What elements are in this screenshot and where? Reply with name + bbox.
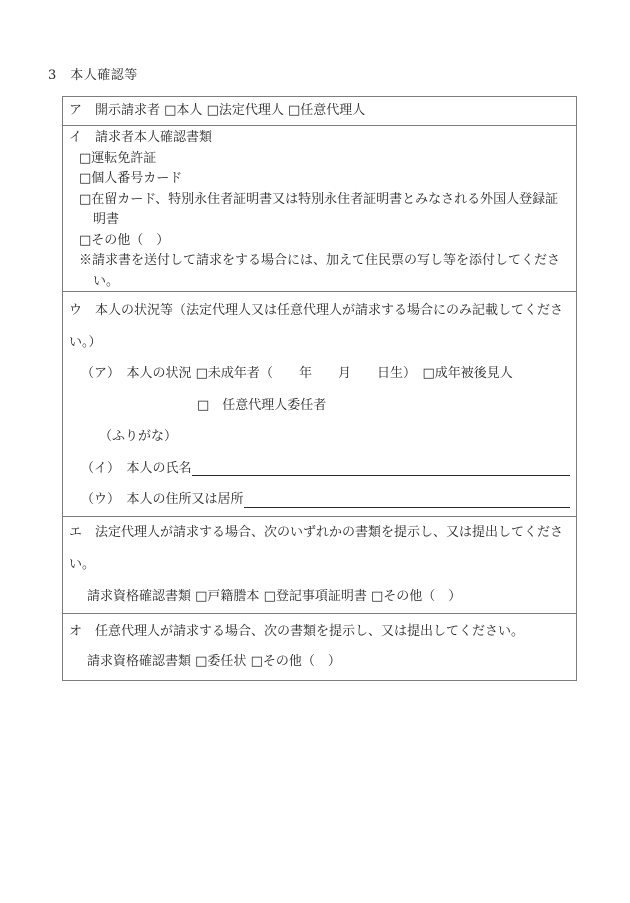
section-heading: 3 本人確認等 — [48, 64, 138, 83]
text-line: ※請求書を送付して請求をする場合には、加えて住民票の写し等を添付してくださ — [69, 251, 570, 272]
text-line: □運転免許証 — [69, 149, 570, 170]
checkbox-zairyu-card[interactable]: □在留カード、特別永住者証明書又は特別永住者証明書とみなされる外国人登録証 — [79, 190, 558, 211]
text-line: い。 — [69, 549, 570, 581]
text-line: い。） — [69, 327, 570, 359]
text-line: エ 法定代理人が請求する場合、次のいずれかの書類を提示し、又は提出してくださ — [69, 517, 570, 549]
text-line: （ア） 本人の状況 □未成年者（ 年 月 日生） □成年被後見人 — [69, 358, 570, 390]
checkbox-sonota-i[interactable]: □その他（ ） — [79, 231, 169, 252]
text-segment: エ 法定代理人が請求する場合、次のいずれかの書類を提示し、又は提出してくださ — [69, 517, 563, 549]
text-line: い。 — [69, 272, 570, 293]
seikyu-shikaku-kakunin-label: 請求資格確認書類 — [87, 581, 195, 613]
text-line: 請求資格確認書類 □戸籍謄本 □登記事項証明書 □その他（ ） — [69, 581, 570, 613]
checkbox-sonota-o[interactable]: □その他（ ） — [251, 647, 341, 677]
text-line: □その他（ ） — [69, 231, 570, 252]
note-sofu-seikyu-continuation: い。 — [93, 272, 119, 293]
checkbox-ininjo[interactable]: □委任状 — [195, 647, 246, 677]
text-segment: ア 開示請求者 — [69, 97, 164, 124]
honnin-shimei-label: （イ） 本人の氏名 — [81, 453, 192, 485]
note-sofu-seikyu: ※請求書を送付して請求をする場合には、加えて住民票の写し等を添付してくださ — [79, 251, 560, 272]
text-line: 明書 — [69, 210, 570, 231]
seikyu-shikaku-kakunin-label-2: 請求資格確認書類 — [87, 647, 195, 677]
text-line: 請求資格確認書類 □委任状 □その他（ ） — [69, 647, 570, 677]
checkbox-honnin[interactable]: □本人 — [164, 97, 202, 124]
honnin-shimei-field[interactable] — [192, 475, 570, 476]
checkbox-nini-dairinin-ininsha[interactable]: □ 任意代理人委任者 — [197, 390, 326, 422]
text-segment: い。 — [69, 549, 95, 581]
text-line: イ 請求者本人確認書類 — [69, 128, 570, 149]
miseinensha-birthdate-blanks: （ 年 月 日生） — [260, 358, 423, 390]
text-line: ウ 本人の状況等（法定代理人又は任意代理人が請求する場合にのみ記載してくださ — [69, 295, 570, 327]
text-line: □在留カード、特別永住者証明書又は特別永住者証明書とみなされる外国人登録証 — [69, 190, 570, 211]
checkbox-unten-menkyosho[interactable]: □運転免許証 — [79, 149, 156, 170]
text-line: □個人番号カード — [69, 169, 570, 190]
text-segment: イ 請求者本人確認書類 — [69, 128, 212, 149]
checkbox-zairyu-card-continuation: 明書 — [93, 210, 119, 231]
checkbox-nini-dairinin[interactable]: □任意代理人 — [288, 97, 365, 124]
furigana-label: （ふりがな） — [99, 421, 177, 453]
checkbox-toki-jiko-shomeisho[interactable]: □登記事項証明書 — [264, 581, 367, 613]
checkbox-sonota-e[interactable]: □その他（ ） — [371, 581, 461, 613]
checkbox-koseki-tohon[interactable]: □戸籍謄本 — [195, 581, 259, 613]
text-line: （ふりがな） — [69, 421, 570, 453]
checkbox-kojin-bango-card[interactable]: □個人番号カード — [79, 169, 182, 190]
text-segment: い。） — [69, 327, 102, 359]
section-i-honnin-kakunin-shorui: イ 請求者本人確認書類□運転免許証□個人番号カード□在留カード、特別永住者証明書… — [63, 126, 576, 292]
text-segment: （ア） 本人の状況 — [81, 358, 196, 390]
honnin-jusho-field[interactable] — [244, 507, 570, 508]
text-segment: オ 任意代理人が請求する場合、次の書類を提示し、又は提出してください。 — [69, 617, 524, 647]
section-e-hotei-dairinin-shorui: エ 法定代理人が請求する場合、次のいずれかの書類を提示し、又は提出してください。… — [63, 517, 576, 614]
section-o-nini-dairinin-shorui: オ 任意代理人が請求する場合、次の書類を提示し、又は提出してください。請求資格確… — [63, 614, 576, 680]
identity-verification-table: ア 開示請求者 □本人 □法定代理人 □任意代理人イ 請求者本人確認書類□運転免… — [62, 96, 577, 681]
text-line: （ウ） 本人の住所又は居所 — [69, 484, 570, 516]
checkbox-seinen-hikokennin[interactable]: □成年被後見人 — [422, 358, 512, 390]
text-line: □ 任意代理人委任者 — [69, 390, 570, 422]
text-line: ア 開示請求者 □本人 □法定代理人 □任意代理人 — [69, 97, 570, 124]
section-a-kaiji-seikyusha: ア 開示請求者 □本人 □法定代理人 □任意代理人 — [63, 97, 576, 126]
text-line: オ 任意代理人が請求する場合、次の書類を提示し、又は提出してください。 — [69, 617, 570, 647]
honnin-jusho-label: （ウ） 本人の住所又は居所 — [81, 484, 244, 516]
checkbox-miseinensha[interactable]: □未成年者 — [196, 358, 260, 390]
text-segment: ウ 本人の状況等（法定代理人又は任意代理人が請求する場合にのみ記載してくださ — [69, 295, 563, 327]
section-u-honnin-no-jokyo: ウ 本人の状況等（法定代理人又は任意代理人が請求する場合にのみ記載してください。… — [63, 292, 576, 517]
text-line: （イ） 本人の氏名 — [69, 453, 570, 485]
checkbox-hotei-dairinin[interactable]: □法定代理人 — [207, 97, 284, 124]
document-page: 3 本人確認等 ア 開示請求者 □本人 □法定代理人 □任意代理人イ 請求者本人… — [0, 0, 630, 903]
